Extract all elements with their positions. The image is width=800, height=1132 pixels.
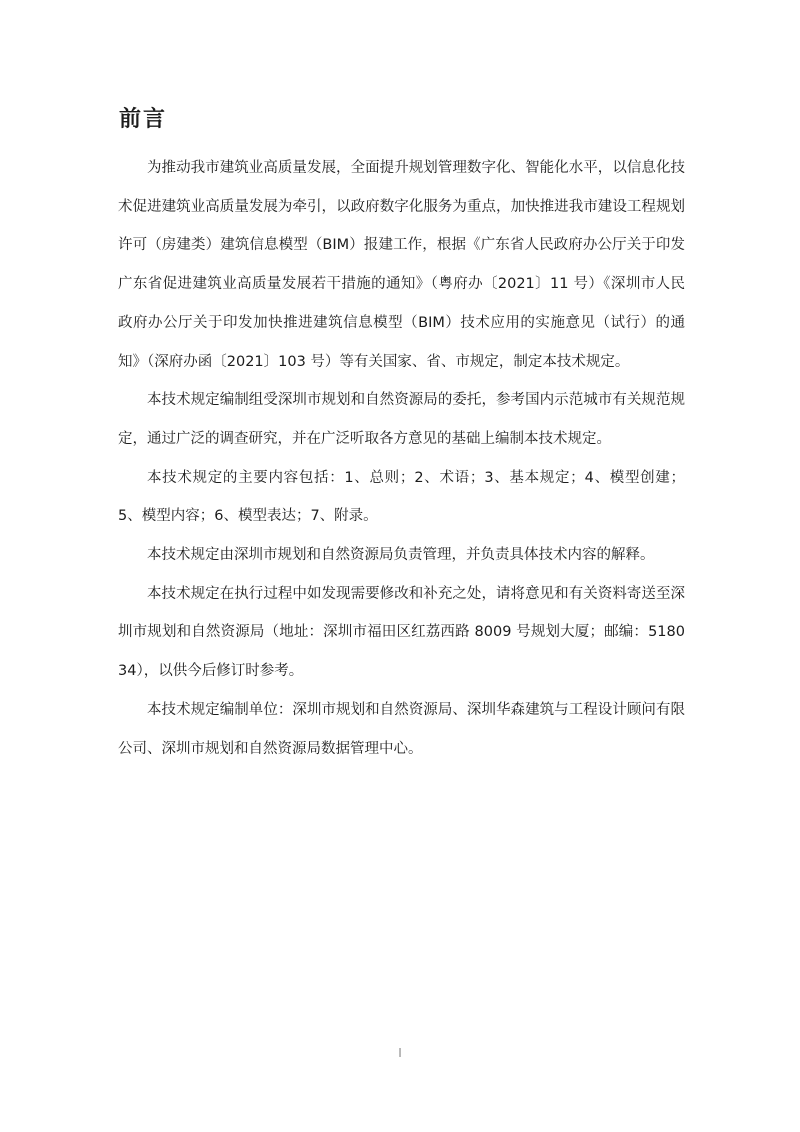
page-title: 前言 — [119, 106, 167, 134]
paragraph-drafting-group: 本技术规定编制组受深圳市规划和自然资源局的委托，参考国内示范城市有关规范规定，通… — [118, 381, 685, 458]
paragraph-management: 本技术规定由深圳市规划和自然资源局负责管理，并负责具体技术内容的解释。 — [118, 536, 685, 575]
paragraph-feedback-address: 本技术规定在执行过程中如发现需要修改和补充之处，请将意见和有关资料寄送至深圳市规… — [118, 575, 685, 691]
page-number: I — [0, 1045, 800, 1061]
paragraph-drafting-units: 本技术规定编制单位：深圳市规划和自然资源局、深圳华森建筑与工程设计顾问有限公司、… — [118, 691, 685, 768]
paragraph-intro-basis: 为推动我市建筑业高质量发展，全面提升规划管理数字化、智能化水平，以信息化技术促进… — [118, 149, 685, 381]
paragraph-main-contents: 本技术规定的主要内容包括：1、总则；2、术语；3、基本规定；4、模型创建；5、模… — [118, 459, 685, 536]
document-body: 为推动我市建筑业高质量发展，全面提升规划管理数字化、智能化水平，以信息化技术促进… — [118, 149, 685, 768]
document-page: 前言 为推动我市建筑业高质量发展，全面提升规划管理数字化、智能化水平，以信息化技… — [0, 0, 800, 1132]
